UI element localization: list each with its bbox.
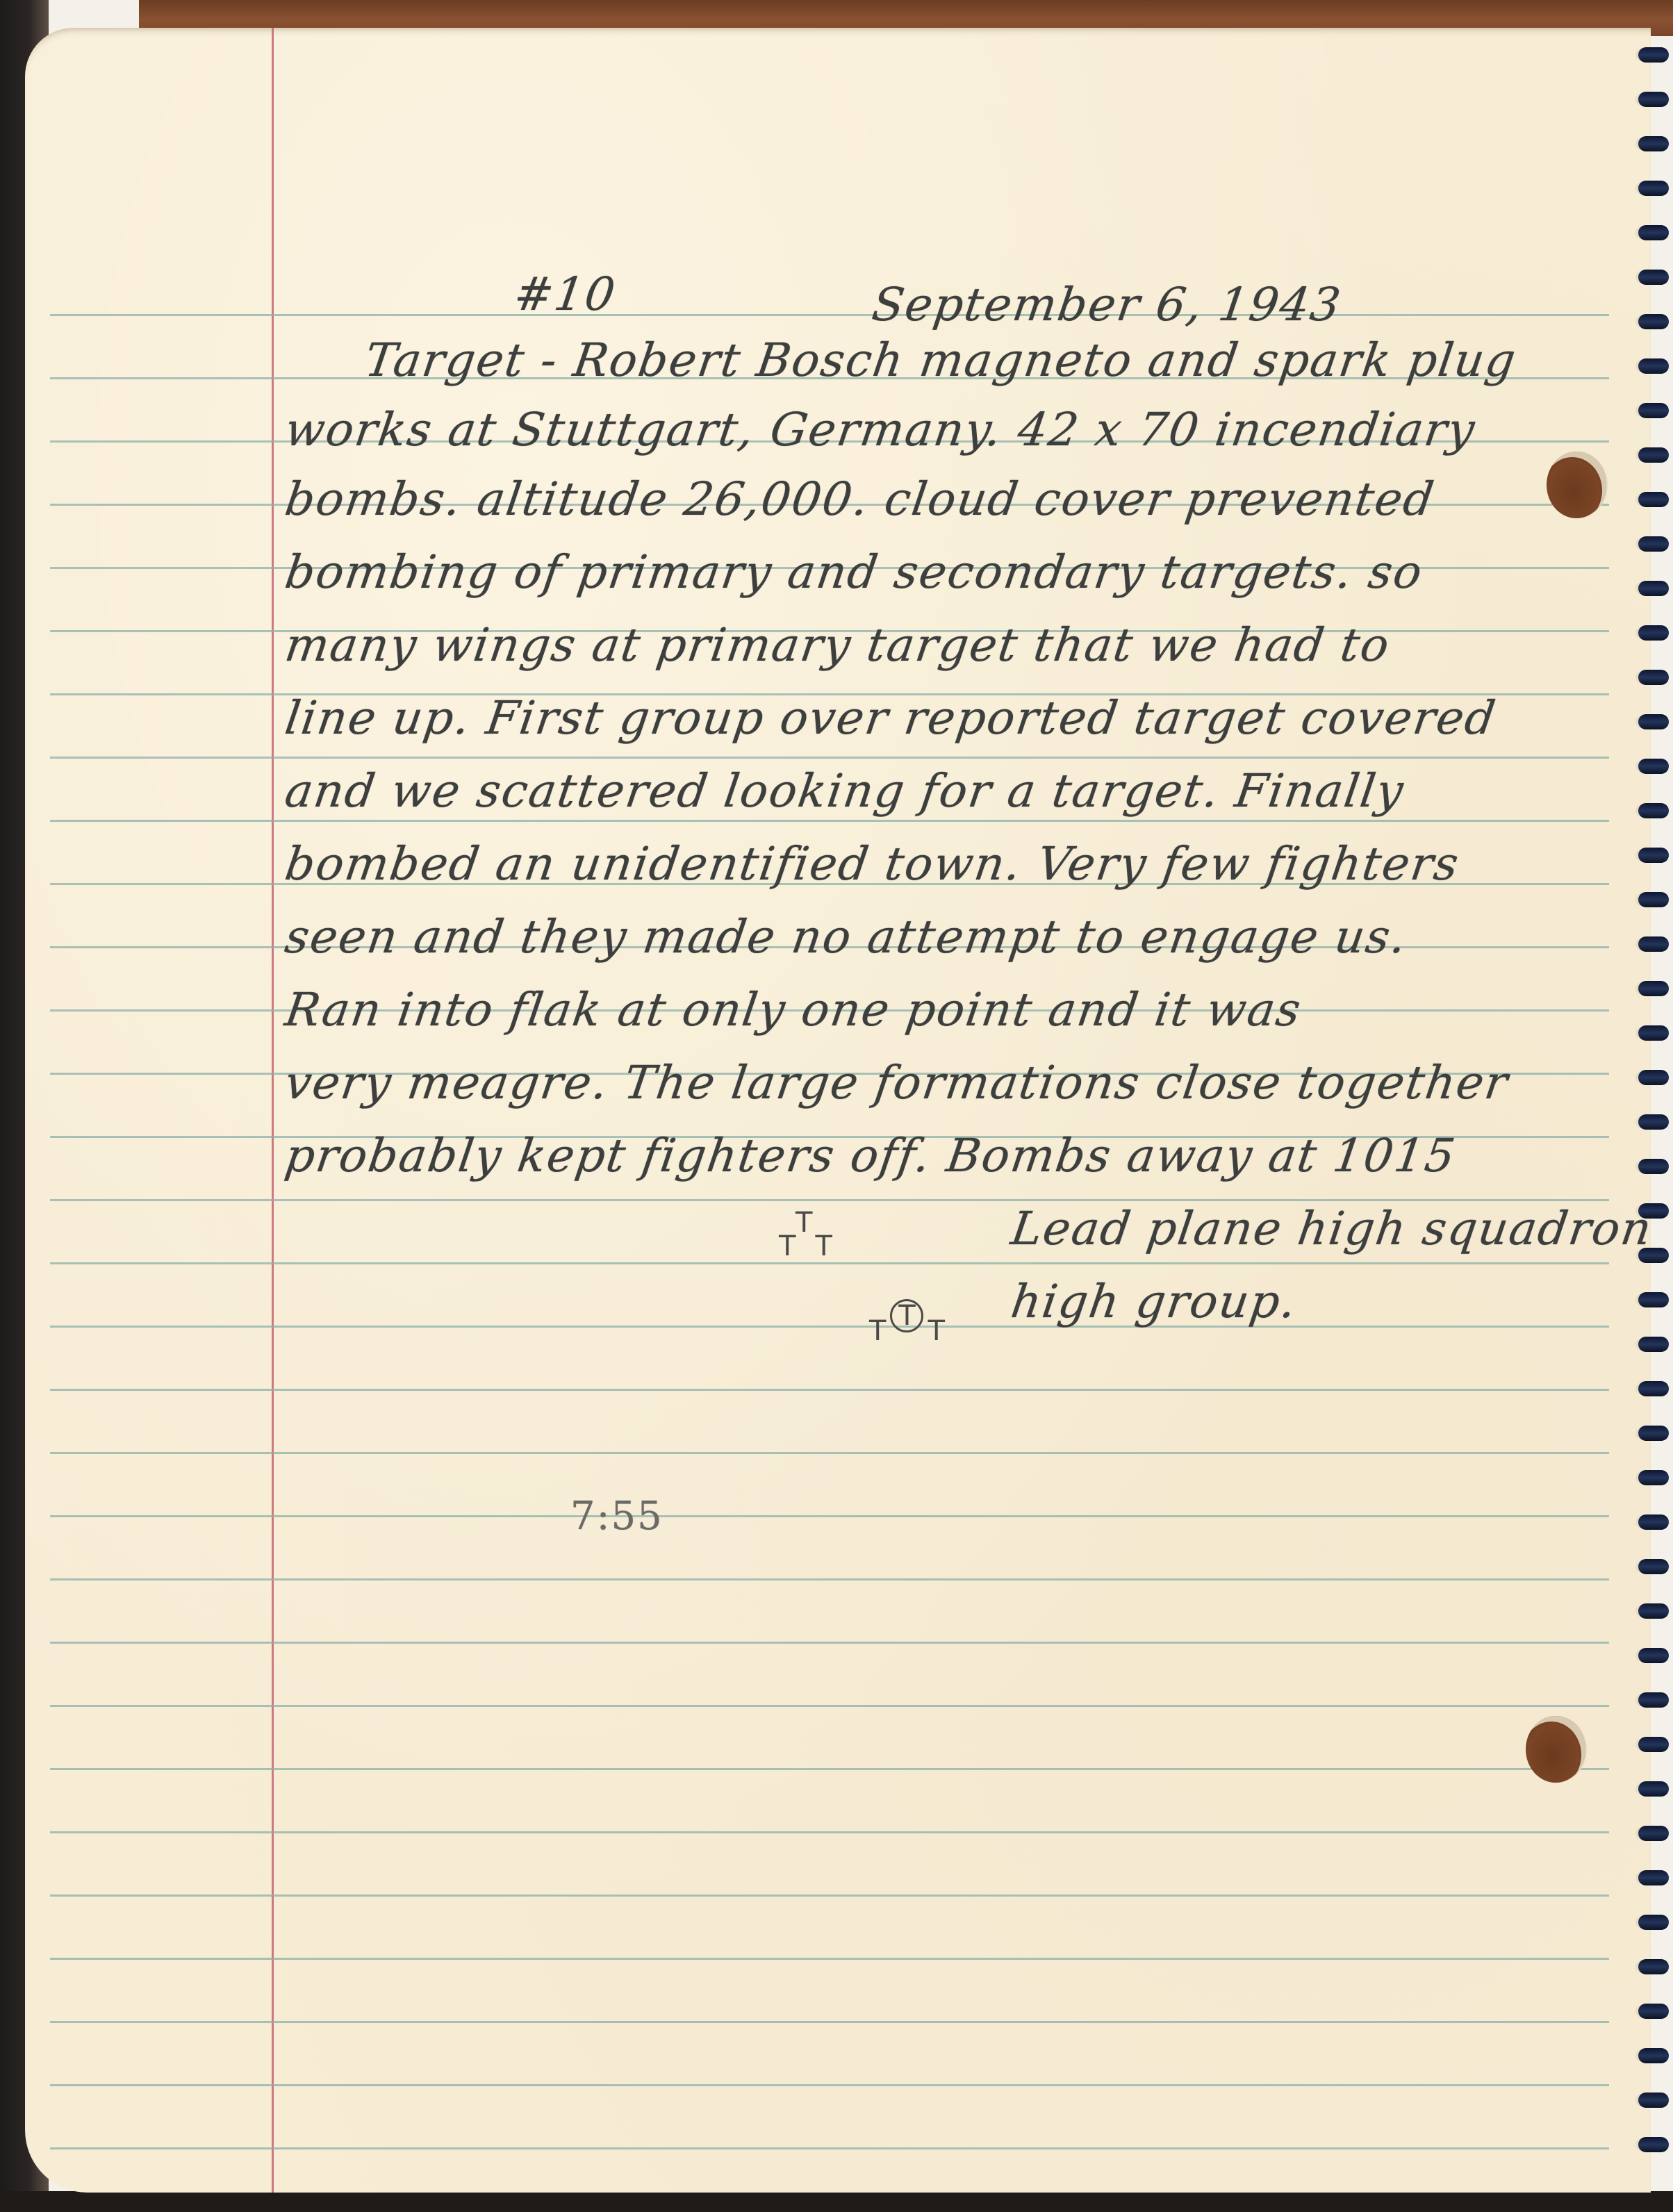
- formation-plane: T: [779, 1232, 796, 1260]
- spiral-coil: [1638, 1025, 1669, 1041]
- spiral-coil: [1638, 1159, 1669, 1174]
- spiral-coil: [1638, 1337, 1669, 1352]
- formation-plane: T: [869, 1317, 886, 1345]
- spiral-coil: [1638, 1959, 1669, 1974]
- spiral-coil: [1638, 759, 1669, 774]
- spiral-coil: [1638, 981, 1669, 996]
- spiral-coil: [1638, 1781, 1669, 1797]
- spiral-coil: [1638, 92, 1669, 107]
- formation-diagram-high-squadron: T T T: [779, 1209, 832, 1260]
- ruled-line: [50, 2084, 1609, 2086]
- body-line: bombed an unidentified town. Very few fi…: [282, 837, 1463, 891]
- spiral-coil: [1638, 1603, 1669, 1619]
- spiral-coil: [1638, 1648, 1669, 1663]
- spiral-coil: [1638, 1070, 1669, 1085]
- punch-hole-top: [1547, 452, 1606, 518]
- spiral-coil: [1638, 1915, 1669, 1930]
- position-note-line2: high group.: [1008, 1275, 1301, 1328]
- formation-plane: T: [928, 1317, 944, 1345]
- body-line: Target - Robert Bosch magneto and spark …: [362, 333, 1520, 387]
- spiral-binding: [1631, 33, 1673, 2194]
- ruled-line: [50, 1326, 1609, 1328]
- ruled-line: [50, 820, 1609, 822]
- ruled-line: [50, 1958, 1609, 1960]
- body-line: bombs. altitude 26,000. cloud cover prev…: [282, 472, 1438, 526]
- body-line: and we scattered looking for a target. F…: [282, 764, 1408, 818]
- ruled-line: [50, 1389, 1609, 1391]
- spiral-coil: [1638, 1737, 1669, 1752]
- spiral-coil: [1638, 1826, 1669, 1841]
- spiral-coil: [1638, 625, 1669, 641]
- spiral-coil: [1638, 314, 1669, 329]
- ruled-line: [50, 1895, 1609, 1897]
- margin-line: [272, 28, 274, 2193]
- spiral-coil: [1638, 2093, 1669, 2108]
- spiral-coil: [1638, 1426, 1669, 1441]
- position-note-line1: Lead plane high squadron: [1008, 1202, 1656, 1255]
- ruled-line: [50, 314, 1609, 316]
- spiral-coil: [1638, 2004, 1669, 2019]
- body-line: very meagre. The large formations close …: [282, 1056, 1513, 1109]
- formation-diagram-lead-position: T T T: [869, 1299, 945, 1332]
- spiral-coil: [1638, 1248, 1669, 1263]
- spiral-coil: [1638, 225, 1669, 240]
- spiral-coil: [1638, 403, 1669, 418]
- spiral-coil: [1638, 714, 1669, 729]
- spiral-coil: [1638, 1559, 1669, 1574]
- spiral-coil: [1638, 1514, 1669, 1530]
- body-line: probably kept fighters off. Bombs away a…: [282, 1129, 1460, 1182]
- spiral-coil: [1638, 47, 1669, 63]
- spiral-coil: [1638, 181, 1669, 196]
- ruled-line: [50, 1452, 1609, 1454]
- body-line: seen and they made no attempt to engage …: [282, 910, 1411, 964]
- ruled-line: [50, 1831, 1609, 1833]
- ruled-line: [50, 2021, 1609, 2023]
- ruled-line: [50, 1642, 1609, 1644]
- spiral-coil: [1638, 270, 1669, 285]
- entry-number: #10: [511, 267, 620, 321]
- body-line: many wings at primary target that we had…: [282, 618, 1394, 672]
- body-line: Ran into flak at only one point and it w…: [282, 983, 1305, 1037]
- spiral-coil: [1638, 1114, 1669, 1130]
- spiral-coil: [1638, 1470, 1669, 1485]
- notebook-page: #10 September 6, 1943 Target - Robert Bo…: [25, 28, 1651, 2193]
- spiral-coil: [1638, 892, 1669, 907]
- spiral-coil: [1638, 492, 1669, 507]
- body-line: works at Stuttgart, Germany. 42 x 70 inc…: [282, 403, 1479, 456]
- spiral-coil: [1638, 1203, 1669, 1219]
- body-line: bombing of primary and secondary targets…: [282, 545, 1427, 599]
- spiral-coil: [1638, 803, 1669, 818]
- spiral-coil: [1638, 536, 1669, 552]
- spiral-coil: [1638, 1870, 1669, 1885]
- notebook-cover-bottom: [0, 2191, 1673, 2212]
- spiral-coil: [1638, 670, 1669, 685]
- spiral-coil: [1638, 358, 1669, 374]
- spiral-coil: [1638, 848, 1669, 863]
- ruled-line: [50, 1578, 1609, 1580]
- spiral-coil: [1638, 2048, 1669, 2063]
- ruled-line: [50, 1705, 1609, 1707]
- spiral-coil: [1638, 136, 1669, 151]
- entry-date: September 6, 1943: [869, 278, 1345, 331]
- spiral-coil: [1638, 1692, 1669, 1708]
- ruled-line: [50, 1515, 1609, 1517]
- ruled-line: [50, 1199, 1609, 1201]
- body-line: line up. First group over reported targe…: [282, 691, 1500, 745]
- flight-time: 7:55: [570, 1494, 664, 1539]
- spiral-coil: [1638, 2137, 1669, 2152]
- spiral-coil: [1638, 936, 1669, 952]
- ruled-line: [50, 1768, 1609, 1770]
- spiral-coil: [1638, 1381, 1669, 1396]
- formation-plane: T: [815, 1232, 832, 1260]
- formation-lead-plane-circled: T: [890, 1299, 923, 1332]
- ruled-line: [50, 757, 1609, 759]
- spiral-coil: [1638, 1292, 1669, 1307]
- punch-hole-bottom: [1526, 1716, 1585, 1783]
- ruled-line: [50, 2147, 1609, 2149]
- ruled-line: [50, 1262, 1609, 1264]
- spiral-coil: [1638, 447, 1669, 463]
- spiral-coil: [1638, 581, 1669, 596]
